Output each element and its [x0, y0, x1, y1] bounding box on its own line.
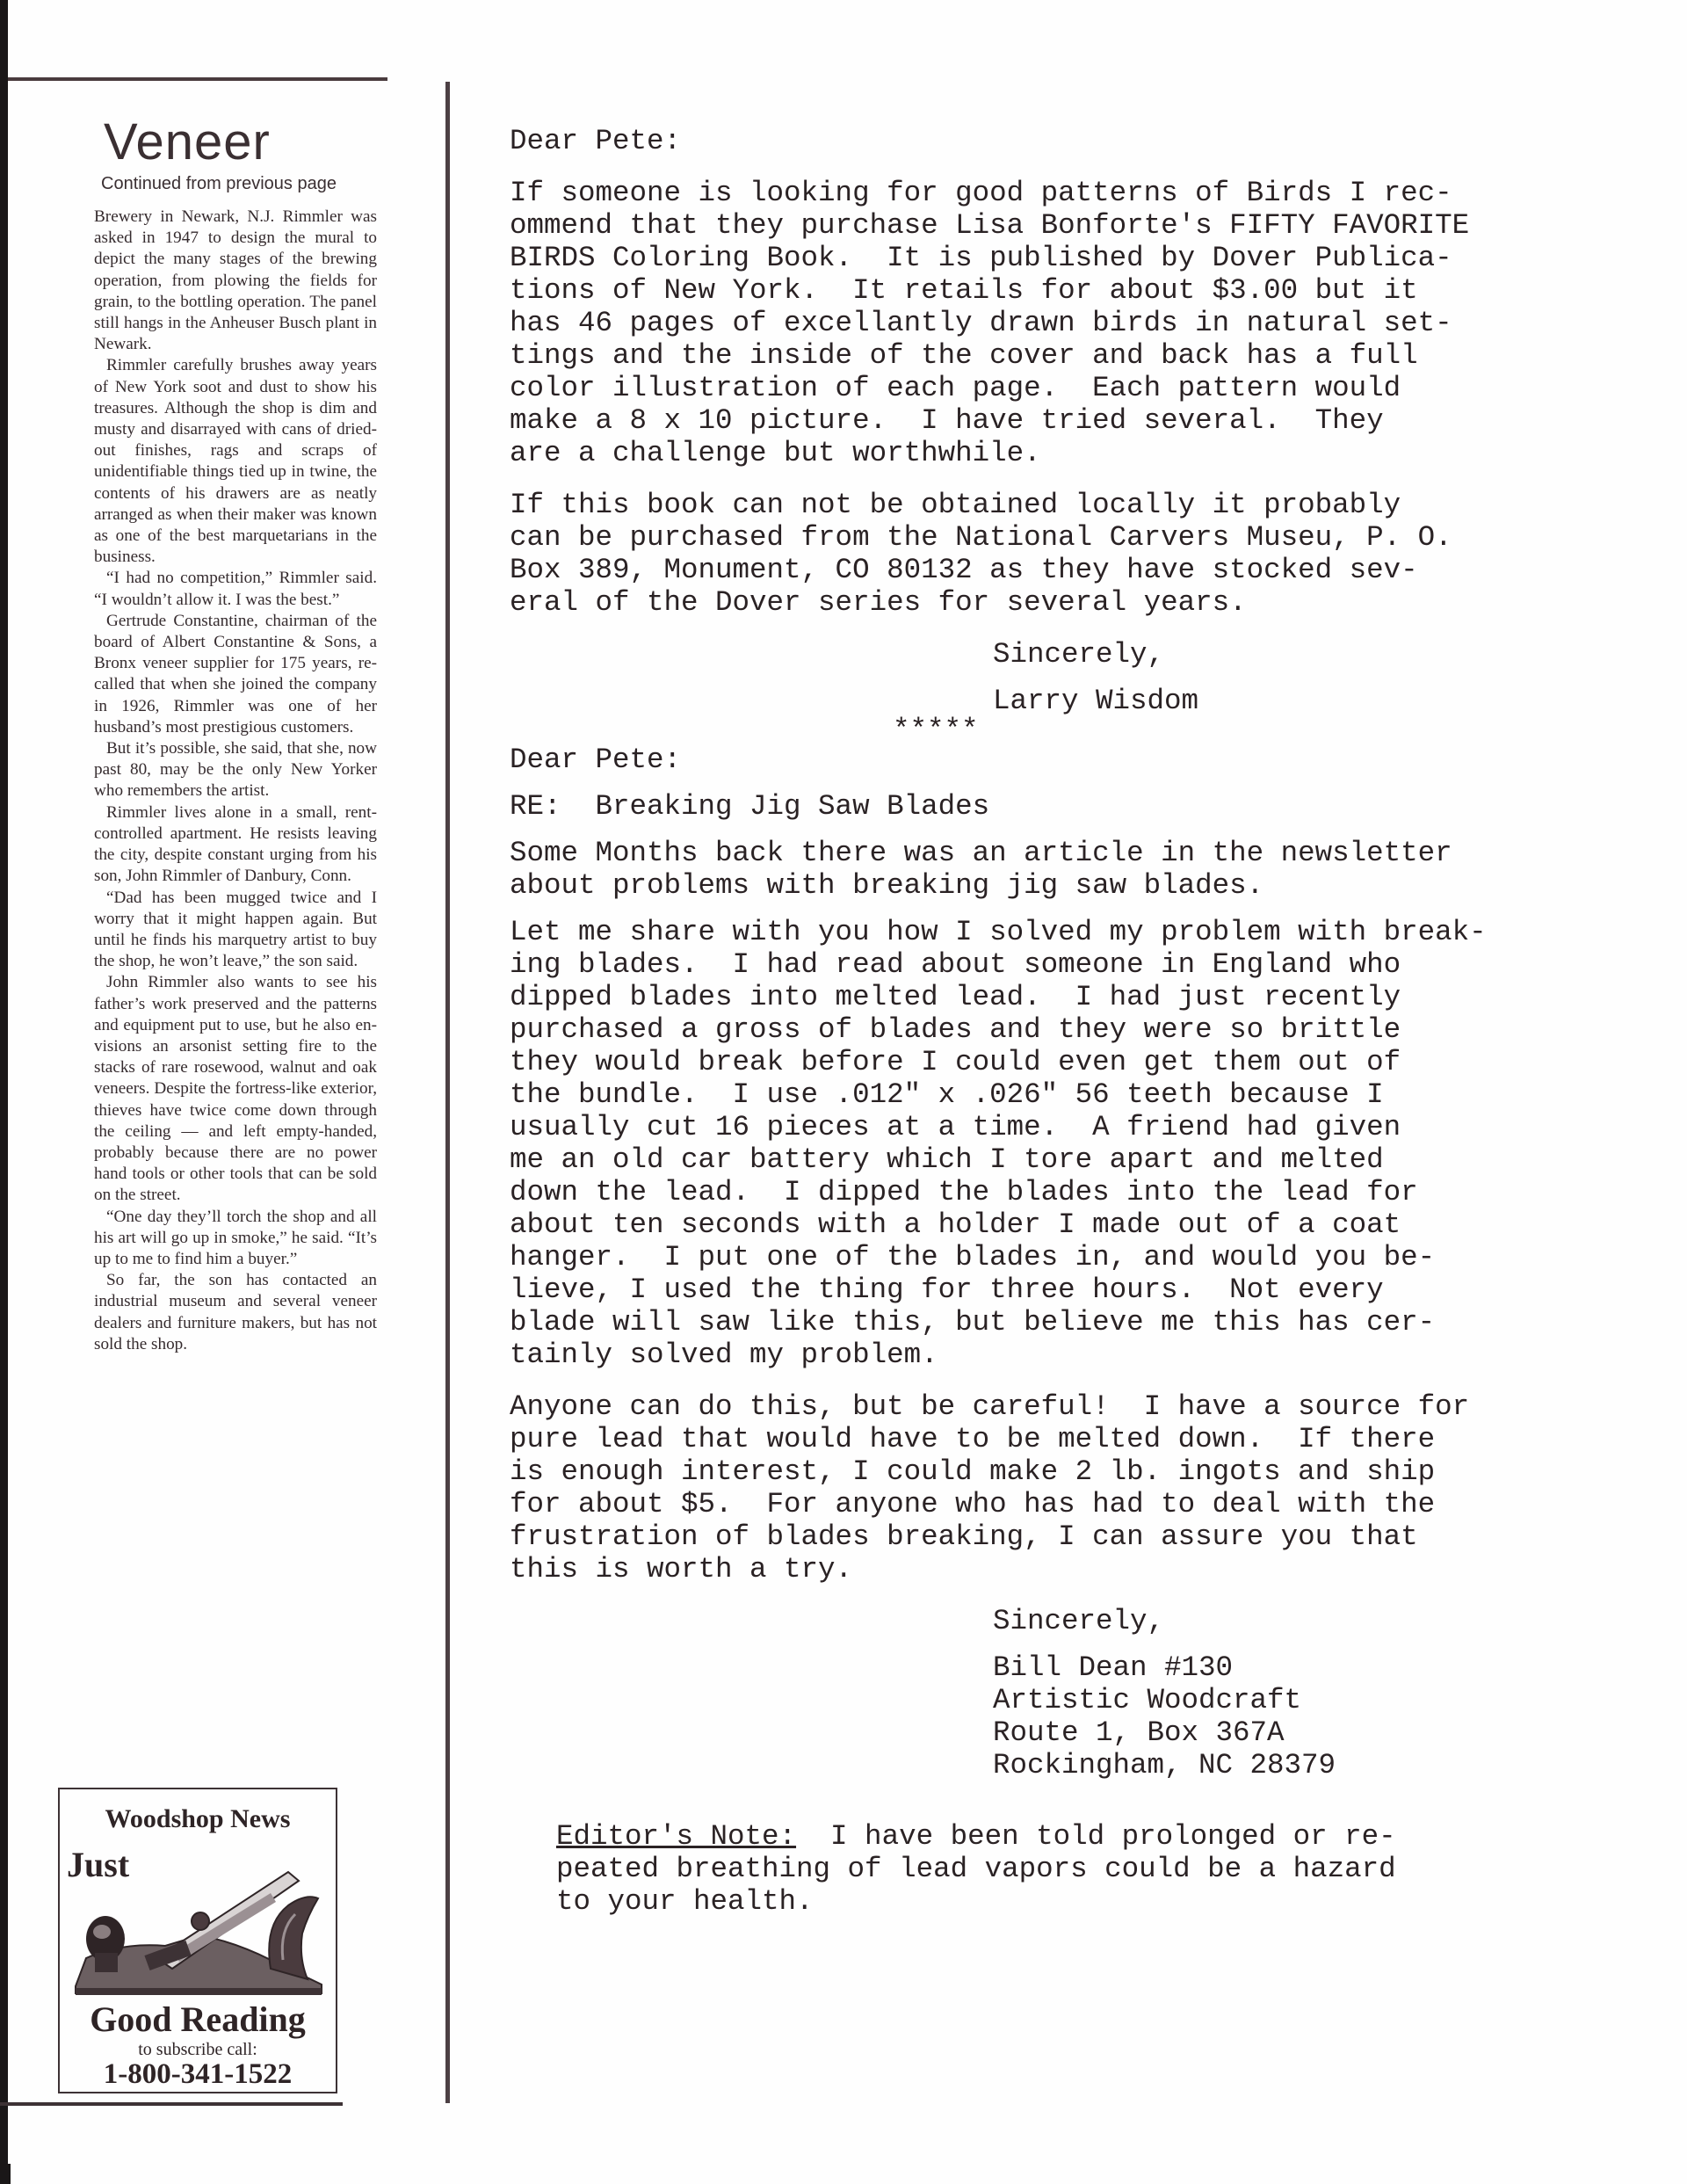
article-subtitle: Continued from previous page	[101, 174, 377, 194]
text-line: the bundle. I use .012" x .026" 56 teeth…	[510, 1078, 1617, 1111]
text-line: this is worth a try.	[510, 1553, 1617, 1585]
text-line: lieve, I used the thing for three hours.…	[510, 1273, 1617, 1306]
article-paragraph: Brewery in Newark, N.J. Rimmler was aske…	[94, 207, 377, 355]
ad-headline-bottom: Good Reading	[60, 2000, 336, 2039]
text-line: for about $5. For anyone who has had to …	[510, 1488, 1617, 1520]
editors-note-text: to your health.	[556, 1885, 1617, 1918]
text-line: dipped blades into melted lead. I had ju…	[510, 981, 1617, 1013]
letter2-paragraph-3: Anyone can do this, but be careful! I ha…	[510, 1390, 1617, 1585]
top-rule	[8, 77, 387, 81]
column-divider	[445, 82, 450, 2103]
text-line: eral of the Dover series for several yea…	[510, 586, 1617, 619]
scan-edge-bottom	[0, 2164, 11, 2184]
article-paragraph: Gertrude Constantine, chair­man of the b…	[94, 611, 377, 738]
article-body: Brewery in Newark, N.J. Rimmler was aske…	[94, 207, 377, 1355]
letter2-signature-block: Bill Dean #130Artistic WoodcraftRoute 1,…	[510, 1651, 1617, 1781]
scan-edge	[0, 0, 8, 2184]
letters-column: Dear Pete: If someone is looking for goo…	[510, 125, 1617, 1918]
signature-line: Artistic Woodcraft	[993, 1684, 1617, 1716]
text-line: usually cut 16 pieces at a time. A frien…	[510, 1111, 1617, 1143]
text-line: tings and the inside of the cover and ba…	[510, 339, 1617, 372]
editors-note: Editor's Note: I have been told prolonge…	[556, 1820, 1617, 1918]
text-line: purchased a gross of blades and they wer…	[510, 1013, 1617, 1046]
text-line: Some Months back there was an article in…	[510, 837, 1617, 869]
text-line: tions of New York. It retails for about …	[510, 274, 1617, 307]
signature-line: Rockingham, NC 28379	[993, 1749, 1617, 1781]
article-paragraph: But it’s possible, she said, that she, n…	[94, 738, 377, 802]
signature-line: Route 1, Box 367A	[993, 1716, 1617, 1749]
text-line: they would break before I could even get…	[510, 1046, 1617, 1078]
text-line: about ten seconds with a holder I made o…	[510, 1208, 1617, 1241]
text-line: ommend that they purchase Lisa Bonforte'…	[510, 209, 1617, 242]
article-title: Veneer	[104, 114, 377, 171]
letter1-signature: Larry Wisdom	[993, 685, 1617, 717]
text-line: If someone is looking for good patterns …	[510, 177, 1617, 209]
text-line: down the lead. I dipped the blades into …	[510, 1176, 1617, 1208]
text-line: is enough interest, I could make 2 lb. i…	[510, 1455, 1617, 1488]
editors-note-label: Editor's Note:	[556, 1820, 796, 1853]
text-line: about problems with breaking jig saw bla…	[510, 869, 1617, 902]
text-line: Let me share with you how I solved my pr…	[510, 916, 1617, 948]
text-line: can be purchased from the National Carve…	[510, 521, 1617, 554]
text-line: make a 8 x 10 picture. I have tried seve…	[510, 404, 1617, 437]
text-line: has 46 pages of excellantly drawn birds …	[510, 307, 1617, 339]
woodshop-news-ad: Woodshop News Just Good Reading to subsc…	[58, 1788, 337, 2093]
letter2-salutation: Dear Pete:	[510, 744, 1617, 776]
article-paragraph: Rimmler lives alone in a small, rent-con…	[94, 802, 377, 888]
article-paragraph: John Rimmler also wants to see his fathe…	[94, 972, 377, 1206]
bottom-rule	[0, 2102, 343, 2106]
veneer-article: Veneer Continued from previous page Brew…	[94, 114, 377, 1355]
hand-plane-icon	[69, 1854, 329, 2004]
ad-brand: Woodshop News	[60, 1805, 336, 1833]
letter1-paragraph-2: If this book can not be obtained locally…	[510, 489, 1617, 619]
article-paragraph: “I had no competition,” Rimmler said. “I…	[94, 568, 377, 610]
signature-line: Bill Dean #130	[993, 1651, 1617, 1684]
text-line: blade will saw like this, but believe me…	[510, 1306, 1617, 1339]
text-line: me an old car battery which I tore apart…	[510, 1143, 1617, 1176]
text-line: frustration of blades breaking, I can as…	[510, 1520, 1617, 1553]
letter2-paragraph-1: Some Months back there was an article in…	[510, 837, 1617, 902]
editors-note-text: peated breathing of lead vapors could be…	[556, 1853, 1617, 1885]
letter1-paragraph-1: If someone is looking for good patterns …	[510, 177, 1617, 469]
letter1-salutation: Dear Pete:	[510, 125, 1617, 157]
article-paragraph: “One day they’ll torch the shop and all …	[94, 1207, 377, 1271]
text-line: hanger. I put one of the blades in, and …	[510, 1241, 1617, 1273]
text-line: pure lead that would have to be melted d…	[510, 1423, 1617, 1455]
text-line: If this book can not be obtained locally…	[510, 489, 1617, 521]
text-line: BIRDS Coloring Book. It is published by …	[510, 242, 1617, 274]
ad-phone-number: 1-800-341-1522	[60, 2058, 336, 2091]
article-paragraph: “Dad has been mugged twice and I worry t…	[94, 888, 377, 973]
text-line: ing blades. I had read about someone in …	[510, 948, 1617, 981]
section-separator: *****	[893, 717, 1617, 744]
ad-call-text: to subscribe call:	[60, 2040, 336, 2060]
text-line: are a challenge but worthwhile.	[510, 437, 1617, 469]
letter2-subject: RE: Breaking Jig Saw Blades	[510, 790, 1617, 823]
letter2-closing: Sincerely,	[993, 1605, 1617, 1637]
text-line: tainly solved my problem.	[510, 1339, 1617, 1371]
text-line: Anyone can do this, but be careful! I ha…	[510, 1390, 1617, 1423]
letter1-closing: Sincerely,	[993, 638, 1617, 671]
article-paragraph: So far, the son has contacted an industr…	[94, 1270, 377, 1355]
editors-note-text: I have been told prolonged or re-	[796, 1820, 1396, 1853]
letter2-paragraph-2: Let me share with you how I solved my pr…	[510, 916, 1617, 1371]
article-paragraph: Rimmler carefully brushes away years of …	[94, 355, 377, 568]
text-line: Box 389, Monument, CO 80132 as they have…	[510, 554, 1617, 586]
text-line: color illustration of each page. Each pa…	[510, 372, 1617, 404]
